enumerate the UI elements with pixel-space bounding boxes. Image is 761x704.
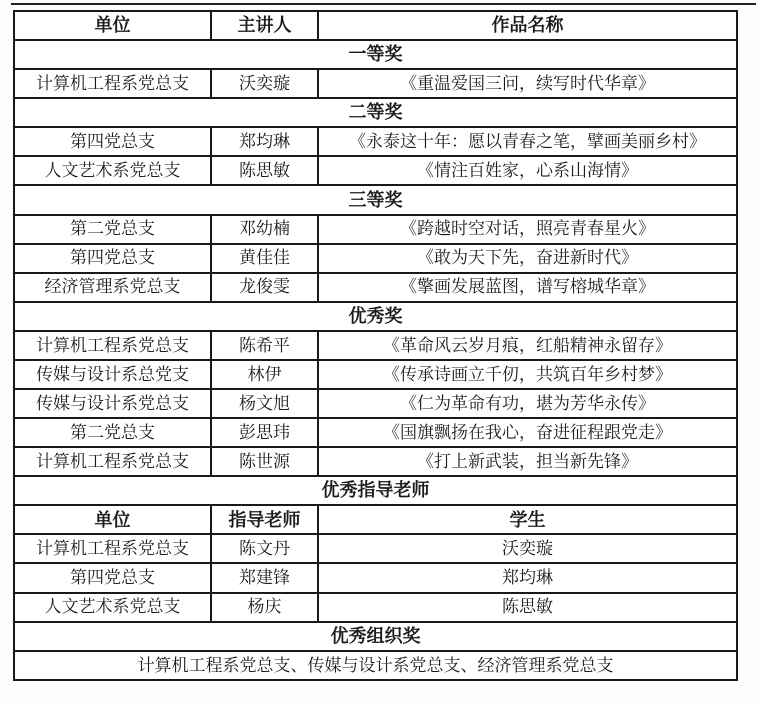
award-section-title-third-prize: 三等奖 — [14, 185, 737, 214]
speaker-cell: 彭思玮 — [211, 418, 318, 447]
unit-cell: 计算机工程系党总支 — [14, 69, 211, 98]
supervisor-cell: 郑建锋 — [211, 563, 318, 592]
award-section-title-excellent-organization: 优秀组织奖 — [14, 622, 737, 651]
unit-cell: 人文艺术系党总支 — [14, 156, 211, 185]
table-row: 传媒与设计系总党支 林伊 《传承诗画立千仞，共筑百年乡村梦》 — [14, 360, 737, 389]
supervisor-cell: 杨庆 — [211, 593, 318, 622]
speaker-cell: 郑均琳 — [211, 127, 318, 156]
table-row: 人文艺术系党总支 杨庆 陈思敏 — [14, 593, 737, 622]
unit-cell: 计算机工程系党总支 — [14, 534, 211, 563]
table-row: 经济管理系党总支 龙俊雯 《擎画发展蓝图，谱写榕城华章》 — [14, 273, 737, 302]
section-row: 优秀奖 — [14, 302, 737, 331]
column-header-unit: 单位 — [14, 505, 211, 534]
award-section-title-excellent-supervisors: 优秀指导老师 — [14, 476, 737, 505]
unit-cell: 传媒与设计系总党支 — [14, 360, 211, 389]
work-title-cell: 《擎画发展蓝图，谱写榕城华章》 — [318, 273, 737, 302]
speaker-cell: 陈世源 — [211, 447, 318, 476]
speaker-cell: 邓幼楠 — [211, 215, 318, 244]
work-title-cell: 《打上新武装，担当新先锋》 — [318, 447, 737, 476]
table-row: 传媒与设计系党总支 杨文旭 《仁为革命有功，堪为芳华永传》 — [14, 389, 737, 418]
unit-cell: 第四党总支 — [14, 563, 211, 592]
unit-cell: 第二党总支 — [14, 215, 211, 244]
table-row: 计算机工程系党总支、传媒与设计系党总支、经济管理系党总支 — [14, 651, 737, 680]
work-title-cell: 《仁为革命有功，堪为芳华永传》 — [318, 389, 737, 418]
table-row: 计算机工程系党总支 陈世源 《打上新武装，担当新先锋》 — [14, 447, 737, 476]
work-title-cell: 《情注百姓家，心系山海情》 — [318, 156, 737, 185]
column-header-student: 学生 — [318, 505, 737, 534]
speaker-cell: 黄佳佳 — [211, 244, 318, 273]
table-row: 第四党总支 黄佳佳 《敢为天下先，奋进新时代》 — [14, 244, 737, 273]
scanned-document-page: 单位 主讲人 作品名称 一等奖 计算机工程系党总支 沃奕璇 《重温爱国三问，续写… — [0, 0, 761, 704]
speaker-cell: 陈思敏 — [211, 156, 318, 185]
top-crop-line — [11, 3, 756, 5]
column-header-work-title: 作品名称 — [318, 11, 737, 40]
table-header-row: 单位 指导老师 学生 — [14, 505, 737, 534]
award-section-title-first-prize: 一等奖 — [14, 40, 737, 69]
work-title-cell: 《永泰这十年：愿以青春之笔，擘画美丽乡村》 — [318, 127, 737, 156]
unit-cell: 计算机工程系党总支 — [14, 331, 211, 360]
table-row: 第四党总支 郑均琳 《永泰这十年：愿以青春之笔，擘画美丽乡村》 — [14, 127, 737, 156]
table-row: 第二党总支 彭思玮 《国旗飘扬在我心，奋进征程跟党走》 — [14, 418, 737, 447]
section-row: 优秀指导老师 — [14, 476, 737, 505]
column-header-unit: 单位 — [14, 11, 211, 40]
work-title-cell: 《国旗飘扬在我心，奋进征程跟党走》 — [318, 418, 737, 447]
supervisor-cell: 陈文丹 — [211, 534, 318, 563]
student-cell: 沃奕璇 — [318, 534, 737, 563]
unit-cell: 第四党总支 — [14, 244, 211, 273]
speaker-cell: 陈希平 — [211, 331, 318, 360]
section-row: 二等奖 — [14, 98, 737, 127]
unit-cell: 传媒与设计系党总支 — [14, 389, 211, 418]
table-row: 第二党总支 邓幼楠 《跨越时空对话，照亮青春星火》 — [14, 215, 737, 244]
work-title-cell: 《跨越时空对话，照亮青春星火》 — [318, 215, 737, 244]
unit-cell: 第二党总支 — [14, 418, 211, 447]
unit-cell: 第四党总支 — [14, 127, 211, 156]
award-section-title-second-prize: 二等奖 — [14, 98, 737, 127]
organization-award-winners: 计算机工程系党总支、传媒与设计系党总支、经济管理系党总支 — [14, 651, 737, 680]
table-header-row: 单位 主讲人 作品名称 — [14, 11, 737, 40]
work-title-cell: 《敢为天下先，奋进新时代》 — [318, 244, 737, 273]
speaker-cell: 林伊 — [211, 360, 318, 389]
student-cell: 郑均琳 — [318, 563, 737, 592]
work-title-cell: 《重温爱国三问，续写时代华章》 — [318, 69, 737, 98]
award-section-title-excellence-prize: 优秀奖 — [14, 302, 737, 331]
table-row: 第四党总支 郑建锋 郑均琳 — [14, 563, 737, 592]
unit-cell: 经济管理系党总支 — [14, 273, 211, 302]
section-row: 优秀组织奖 — [14, 622, 737, 651]
column-header-speaker: 主讲人 — [211, 11, 318, 40]
work-title-cell: 《革命风云岁月痕，红船精神永留存》 — [318, 331, 737, 360]
student-cell: 陈思敏 — [318, 593, 737, 622]
unit-cell: 计算机工程系党总支 — [14, 447, 211, 476]
section-row: 一等奖 — [14, 40, 737, 69]
speaker-cell: 沃奕璇 — [211, 69, 318, 98]
work-title-cell: 《传承诗画立千仞，共筑百年乡村梦》 — [318, 360, 737, 389]
table-row: 计算机工程系党总支 沃奕璇 《重温爱国三问，续写时代华章》 — [14, 69, 737, 98]
column-header-supervisor: 指导老师 — [211, 505, 318, 534]
table-row: 计算机工程系党总支 陈文丹 沃奕璇 — [14, 534, 737, 563]
table-row: 计算机工程系党总支 陈希平 《革命风云岁月痕，红船精神永留存》 — [14, 331, 737, 360]
awards-table: 单位 主讲人 作品名称 一等奖 计算机工程系党总支 沃奕璇 《重温爱国三问，续写… — [13, 10, 738, 681]
unit-cell: 人文艺术系党总支 — [14, 593, 211, 622]
section-row: 三等奖 — [14, 185, 737, 214]
speaker-cell: 杨文旭 — [211, 389, 318, 418]
speaker-cell: 龙俊雯 — [211, 273, 318, 302]
table-row: 人文艺术系党总支 陈思敏 《情注百姓家，心系山海情》 — [14, 156, 737, 185]
